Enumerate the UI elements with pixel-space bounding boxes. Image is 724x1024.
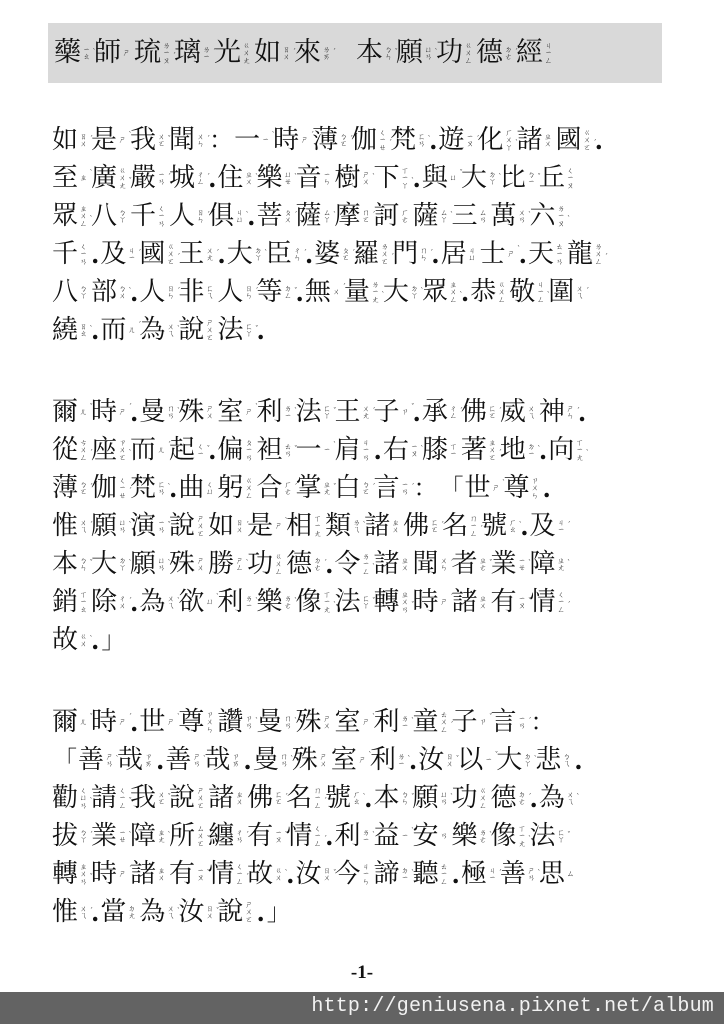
bopomofo-symbol: ㄚ xyxy=(411,292,419,300)
hanzi: 遊 xyxy=(439,125,465,155)
hanzi: 摩 xyxy=(334,201,360,231)
bopomofo-symbol: ㄥ xyxy=(119,802,127,810)
hanzi: 是 xyxy=(91,125,117,155)
annotated-character: 人ㄖㄣˊ xyxy=(217,277,256,307)
bopomofo-symbol: ㄥ xyxy=(450,412,458,420)
hanzi: 大 xyxy=(383,277,409,307)
zhuyin-annotation: ㄅㄟ xyxy=(562,753,571,768)
annotated-character: 比ㄅㄧˇ xyxy=(500,163,539,193)
hanzi: 住 xyxy=(217,163,243,193)
watermark-bar: http://geniusena.pixnet.net/album xyxy=(0,992,724,1024)
zhuyin-annotation: ㄇㄛˊ xyxy=(361,209,370,224)
bopomofo-symbol: ㄕ xyxy=(245,408,253,416)
tone-mark: ˊ xyxy=(255,288,259,296)
hanzi: 故 xyxy=(52,625,78,655)
bopomofo-symbol: ㄧ xyxy=(362,836,370,844)
bopomofo-symbol: ㄝ xyxy=(284,178,292,186)
hanzi: 下 xyxy=(373,163,399,193)
page-number: -1- xyxy=(0,962,724,984)
zhuyin-annotation: ㄇㄧㄥˊ xyxy=(469,515,478,538)
tone-mark: ˋ xyxy=(381,292,385,300)
annotated-character: 一ㄧˋ xyxy=(295,435,334,465)
zhuyin-annotation: ㄍㄨㄥ xyxy=(479,787,488,810)
tone-mark: ˋ xyxy=(519,522,523,530)
bopomofo-symbol: ㄣ xyxy=(362,878,370,886)
zhuyin-annotation: ㄧㄠˋ xyxy=(82,46,91,61)
zhuyin-annotation: ㄩㄢˋ xyxy=(118,519,127,534)
bopomofo-symbol: ㄧ xyxy=(485,756,493,764)
hanzi: 王 xyxy=(178,239,204,269)
annotated-character: 佛ㄈㄛˊ xyxy=(247,783,286,813)
zhuyin-annotation: ㄩㄝˋ xyxy=(283,171,292,186)
zhuyin-annotation: ㄈㄚˇ xyxy=(361,595,370,610)
zhuyin-annotation: ㄌㄧㄤˋ xyxy=(371,281,380,304)
hanzi: 殊 xyxy=(292,745,318,775)
annotated-character: 哉ㄗㄞ. xyxy=(204,745,252,775)
zhuyin-annotation: ㄒㄧㄠ xyxy=(79,591,88,614)
zhuyin-annotation: ㄩㄢˋ xyxy=(157,557,166,572)
bopomofo-symbol: ㄚ xyxy=(440,216,448,224)
bopomofo-symbol: ㄕ xyxy=(275,522,283,530)
bopomofo-symbol: ㄓ xyxy=(80,174,88,182)
tone-mark: ˊ xyxy=(294,484,298,492)
bopomofo-symbol: ㄣ xyxy=(294,254,302,262)
zhuyin-annotation: ㄉㄜˊ xyxy=(504,46,513,61)
hanzi: 大 xyxy=(91,549,117,579)
tone-mark: ˋ xyxy=(333,212,337,220)
hanzi: 音 xyxy=(295,163,321,193)
hanzi: 所 xyxy=(169,821,195,851)
annotated-character: 摩ㄇㄛˊ xyxy=(334,201,373,231)
zhuyin-annotation: ㄓㄨㄥˋ xyxy=(449,281,458,304)
hanzi: 繞 xyxy=(52,315,78,345)
hanzi: 善 xyxy=(165,745,191,775)
hanzi: 樂 xyxy=(256,163,282,193)
annotated-character: 子ㄗˇ. xyxy=(373,397,421,427)
bopomofo-symbol: ㄚ xyxy=(80,292,88,300)
tone-mark: ˇ xyxy=(216,908,220,916)
annotated-character: 尊ㄗㄨㄣ xyxy=(178,707,217,737)
annotated-character: 善ㄕㄢˋ xyxy=(500,859,539,889)
bopomofo-symbol: ㄥ xyxy=(450,296,458,304)
annotated-character: 臣ㄔㄣˊ. xyxy=(266,239,314,269)
annotated-character: 居ㄐㄩ xyxy=(441,239,480,269)
zhuyin-annotation: ㄉㄤ xyxy=(127,905,136,920)
annotated-character: 袒ㄊㄢˇ xyxy=(256,435,295,465)
annotated-character: 丘ㄑㄧㄡ xyxy=(539,163,578,193)
zhuyin-annotation: ㄐㄧㄥ xyxy=(544,42,553,65)
hanzi: 伽 xyxy=(91,473,117,503)
zhuyin-annotation: ㄕˊ xyxy=(118,408,127,416)
annotated-character: 量ㄌㄧㄤˋ xyxy=(344,277,383,307)
tone-mark: ˋ xyxy=(459,292,463,300)
hanzi: 至 xyxy=(52,163,78,193)
annotated-character: 大ㄉㄚˋ xyxy=(227,239,266,269)
tone-mark: ˊ xyxy=(129,488,133,496)
tone-mark: ˊ xyxy=(173,53,177,61)
bopomofo-symbol: ㄛ xyxy=(197,840,205,848)
zhuyin-annotation: ㄕˊ xyxy=(300,136,309,144)
zhuyin-annotation: ㄓㄨㄥˋ xyxy=(79,205,88,228)
annotated-character: 像ㄒㄧㄤˋ xyxy=(295,587,334,617)
annotated-character: 諸ㄓㄨ xyxy=(373,549,412,579)
annotated-character: 藥ㄧㄠˋ xyxy=(54,38,94,68)
zhuyin-annotation: ㄐㄧˊ xyxy=(557,519,566,534)
tone-mark: ˇ xyxy=(294,446,298,454)
bopomofo-symbol: ㄨ xyxy=(236,798,244,806)
zhuyin-annotation: ㄧㄝˋ xyxy=(518,557,527,572)
zhuyin-annotation: ㄕㄨㄛ xyxy=(205,319,214,342)
tone-mark: ˋ xyxy=(586,450,590,458)
text-line: 至ㄓˋ廣ㄍㄨㄤˇ嚴ㄧㄢˊ城ㄔㄥˊ.住ㄓㄨˋ樂ㄩㄝˋ音ㄧㄣ樹ㄕㄨˋ下ㄒㄧㄚˋ.與ㄩ… xyxy=(52,159,692,197)
annotated-character: 嚴ㄧㄢˊ xyxy=(130,163,169,193)
bopomofo-symbol: ㄣ xyxy=(440,564,448,572)
annotated-character: 梵ㄈㄢˋ. xyxy=(130,473,178,503)
tone-mark: ˇ xyxy=(90,404,94,412)
bopomofo-symbol: ㄥ xyxy=(537,296,545,304)
tone-mark: ˊ xyxy=(459,408,463,416)
zhuyin-annotation: ㄈㄚˇ xyxy=(557,829,566,844)
bopomofo-symbol: ㄨ xyxy=(284,216,292,224)
annotated-character: 勝ㄕㄥˋ xyxy=(208,549,247,579)
annotated-character: 繞ㄖㄠˋ. xyxy=(52,315,100,345)
tone-mark: ˇ xyxy=(411,794,415,802)
hanzi: 樂 xyxy=(256,587,282,617)
zhuyin-annotation: ㄍㄨㄥ xyxy=(497,281,506,304)
text-line: 薄ㄅㄛˊ伽ㄑㄧㄝˊ梵ㄈㄢˋ.曲ㄑㄩ躬ㄍㄨㄥ合ㄏㄜˊ掌ㄓㄤˇ白ㄅㄛˊ言ㄧㄢˊ：「世… xyxy=(52,469,692,507)
tone-mark: ˇ xyxy=(129,798,133,806)
annotated-character: 悲ㄅㄟ. xyxy=(535,745,583,775)
bopomofo-symbol: ㄢ xyxy=(418,140,426,148)
zhuyin-annotation: ㄌㄜˋ xyxy=(283,595,292,610)
annotated-character: 德ㄉㄜˊ. xyxy=(491,783,539,813)
bopomofo-symbol: ㄨ xyxy=(158,874,166,882)
hanzi: 像 xyxy=(491,821,517,851)
zhuyin-annotation: ㄨㄣˊ xyxy=(440,557,449,572)
hanzi: 請 xyxy=(91,783,117,813)
tone-mark: ˋ xyxy=(294,408,298,416)
tone-mark: ˇ xyxy=(168,794,172,802)
bopomofo-symbol: ㄢ xyxy=(284,450,292,458)
zhuyin-annotation: ㄕ xyxy=(122,49,131,57)
zhuyin-annotation: ㄧㄢˇ xyxy=(157,519,166,534)
tone-mark: ˊ xyxy=(293,49,297,57)
bopomofo-symbol: ㄧ xyxy=(203,53,211,61)
hanzi: 薄 xyxy=(312,125,338,155)
zhuyin-annotation: ㄈㄟ xyxy=(205,285,214,300)
text-line: 眾ㄓㄨㄥˋ八ㄅㄚ千ㄑㄧㄢ人ㄖㄣˊ俱ㄐㄩˋ.菩ㄆㄨˊ薩ㄙㄚˋ摩ㄇㄛˊ訶ㄏㄜ薩ㄙㄚˋ… xyxy=(52,197,692,235)
zhuyin-annotation: ㄧㄣ xyxy=(322,171,331,186)
tone-mark: ˋ xyxy=(515,140,519,148)
hanzi: 及 xyxy=(530,511,556,541)
tone-mark: ˊ xyxy=(498,870,502,878)
hanzi: 六 xyxy=(530,201,556,231)
zhuyin-annotation: ㄨㄟˊ xyxy=(79,519,88,534)
hanzi: 言 xyxy=(491,707,517,737)
hanzi: 薩 xyxy=(413,201,439,231)
bopomofo-symbol: ㄧ xyxy=(557,526,565,534)
hanzi: 神 xyxy=(539,397,565,427)
annotated-character: 爾ㄦˇ xyxy=(52,707,91,737)
zhuyin-annotation: ㄔㄢˊ xyxy=(235,829,244,844)
bopomofo-symbol: ㄢ xyxy=(158,220,166,228)
zhuyin-annotation: ㄗㄢˋ xyxy=(244,715,253,730)
bopomofo-symbol: ㄛ xyxy=(167,258,175,266)
bopomofo-symbol: ㄥ xyxy=(440,726,448,734)
bopomofo-symbol: ㄨ xyxy=(275,874,283,882)
tone-mark: ˊ xyxy=(352,250,356,258)
tone-mark: ˋ xyxy=(528,560,532,568)
hanzi: 化 xyxy=(478,125,504,155)
zhuyin-annotation: ㄌㄧㄡˊ xyxy=(162,42,171,65)
hanzi: 汝 xyxy=(178,897,204,927)
punctuation-mark: ： xyxy=(414,473,438,503)
bopomofo-symbol: ㄥ xyxy=(479,802,487,810)
bopomofo-symbol: ㄡ xyxy=(275,836,283,844)
zhuyin-annotation: ㄑㄩㄢˋ xyxy=(79,787,88,810)
bopomofo-symbol: ㄛ xyxy=(489,412,497,420)
bopomofo-symbol: ㄢ xyxy=(245,454,253,462)
tone-mark: ˊ xyxy=(168,442,172,450)
annotated-character: 有ㄧㄡˇ xyxy=(169,859,208,889)
tone-mark: ˋ xyxy=(498,174,502,182)
zhuyin-annotation: ㄕˋ xyxy=(274,522,283,530)
zhuyin-annotation: ㄌㄧˋ xyxy=(244,595,253,610)
hanzi: 名 xyxy=(442,511,468,541)
tone-mark: ˋ xyxy=(285,870,289,878)
zhuyin-annotation: ㄏㄜˊ xyxy=(283,481,292,496)
annotated-character: 座ㄗㄨㄛˋ xyxy=(91,435,130,465)
tone-mark: ˋ xyxy=(333,602,337,610)
annotated-character: 利ㄌㄧˋ. xyxy=(370,745,418,775)
period-dot: . xyxy=(256,898,264,927)
annotated-character: 說ㄕㄨㄛ. xyxy=(217,897,265,927)
tone-mark: ˋ xyxy=(576,794,580,802)
tone-mark: ˊ xyxy=(515,49,519,57)
zhuyin-annotation: ㄓㄨ xyxy=(157,867,166,882)
zhuyin-annotation: ㄅㄛˊ xyxy=(79,481,88,496)
hanzi: 梵 xyxy=(390,125,416,155)
zhuyin-annotation: ㄌㄨㄛˊ xyxy=(380,243,389,266)
bopomofo-symbol: ㄨ xyxy=(544,140,552,148)
annotated-character: 世ㄕˋ xyxy=(465,473,504,503)
annotated-character: 千ㄑㄧㄢ xyxy=(130,201,169,231)
bopomofo-symbol: ㄦ xyxy=(80,718,88,726)
hanzi: 德 xyxy=(476,38,503,68)
zhuyin-annotation: ㄔㄥˊ xyxy=(449,405,458,420)
bopomofo-symbol: ㄥ xyxy=(314,840,322,848)
bopomofo-symbol: ㄠ xyxy=(83,53,91,61)
bopomofo-symbol: ㄠ xyxy=(80,330,88,338)
bopomofo-symbol: ㄢ xyxy=(80,878,88,886)
zhuyin-annotation: ㄕˋ xyxy=(361,718,370,726)
hanzi: 是 xyxy=(247,511,273,541)
bopomofo-symbol: ㄥ xyxy=(245,492,253,500)
zhuyin-annotation: ㄕㄥˋ xyxy=(235,557,244,572)
zhuyin-annotation: ㄓㄨ xyxy=(544,133,553,148)
zhuyin-annotation: ㄕㄨ xyxy=(196,557,205,572)
hanzi: 曼 xyxy=(139,397,165,427)
annotated-character: 願ㄩㄢˋ xyxy=(396,38,436,68)
bopomofo-symbol: ㄣ xyxy=(385,53,393,61)
bopomofo-symbol: ㄧ xyxy=(401,722,409,730)
annotated-character: 薩ㄙㄚˋ xyxy=(413,201,452,231)
tone-mark: ˋ xyxy=(333,442,337,450)
hanzi: 功 xyxy=(452,783,478,813)
bopomofo-symbol: ㄥ xyxy=(545,57,553,65)
annotated-character: 說ㄕㄨㄛ xyxy=(178,315,217,345)
zhuyin-annotation: ㄅㄧˇ xyxy=(527,171,536,186)
bopomofo-symbol: ㄕ xyxy=(119,718,127,726)
zhuyin-annotation: ㄧㄡˇ xyxy=(196,867,205,882)
bopomofo-symbol: ㄢ xyxy=(362,454,370,462)
zhuyin-annotation: ㄍㄨㄛˊ xyxy=(166,243,175,266)
zhuyin-annotation: ㄦˇ xyxy=(79,718,88,726)
hanzi: 故 xyxy=(247,859,273,889)
punctuation-mark: ： xyxy=(209,125,233,155)
annotated-character: 言ㄧㄢˊ xyxy=(373,473,412,503)
annotated-character: 說ㄕㄨㄛ xyxy=(169,511,208,541)
hanzi: 室 xyxy=(217,397,243,427)
zhuyin-annotation: ㄓㄨㄢˇ xyxy=(79,863,88,886)
tone-mark: ˋ xyxy=(246,560,250,568)
period-dot: . xyxy=(130,708,138,737)
bopomofo-symbol: ㄚ xyxy=(401,182,409,190)
hanzi: 惟 xyxy=(52,511,78,541)
zhuyin-annotation: ㄕˋ xyxy=(492,484,501,492)
bopomofo-symbol: ㄢ xyxy=(401,606,409,614)
tone-mark: ˊ xyxy=(605,254,609,262)
punctuation: ： xyxy=(530,707,556,737)
hanzi: 悲 xyxy=(535,745,561,775)
bopomofo-symbol: ㄛ xyxy=(362,488,370,496)
bopomofo-symbol: ㄧ xyxy=(262,136,270,144)
bopomofo-symbol: ㄤ xyxy=(158,836,166,844)
tone-mark: ˊ xyxy=(593,140,597,148)
annotated-character: 故ㄍㄨˋ. xyxy=(52,625,100,655)
tone-mark: ˊ xyxy=(168,174,172,182)
annotated-character: 有ㄧㄡˇ xyxy=(247,821,286,851)
hanzi: 利 xyxy=(370,745,396,775)
tone-mark: ˊ xyxy=(350,136,354,144)
bopomofo-symbol: ㄨ xyxy=(283,53,291,61)
tone-mark: ˊ xyxy=(90,908,94,916)
annotated-character: 童ㄊㄨㄥˊ xyxy=(413,707,452,737)
zhuyin-annotation: ㄨㄛˇ xyxy=(157,791,166,806)
tone-mark: ˇ xyxy=(207,836,211,844)
zhuyin-annotation: ㄈㄢˋ xyxy=(157,481,166,496)
hanzi: 人 xyxy=(217,277,243,307)
tone-mark: ˋ xyxy=(116,756,120,764)
zhuyin-annotation: ㄧㄡˇ xyxy=(518,595,527,610)
text-line: 八ㄅㄚ部ㄅㄨˋ.人ㄖㄣˊ非ㄈㄟ人ㄖㄣˊ等ㄉㄥˇ.無ㄨˊ量ㄌㄧㄤˋ大ㄉㄚˋ眾ㄓㄨㄥ… xyxy=(52,273,692,311)
bopomofo-symbol: ㄤ xyxy=(323,488,331,496)
tone-mark: ˊ xyxy=(129,598,133,606)
hanzi: 哉 xyxy=(117,745,143,775)
annotated-character: 欲ㄩˋ xyxy=(178,587,217,617)
bopomofo-symbol: ㄚ xyxy=(80,836,88,844)
punctuation-mark: 」 xyxy=(267,897,291,927)
zhuyin-annotation: ㄅㄣˇ xyxy=(79,557,88,572)
tone-mark: ˇ xyxy=(285,832,289,840)
bopomofo-symbol: ㄤ xyxy=(206,254,214,262)
annotated-character: 王ㄨㄤˊ. xyxy=(178,239,226,269)
annotated-character: 三ㄙㄢ xyxy=(452,201,491,231)
hanzi: 諸 xyxy=(517,125,543,155)
annotated-character: 無ㄨˊ xyxy=(305,277,344,307)
bopomofo-symbol: ㄥ xyxy=(498,296,506,304)
bopomofo-symbol: ㄥ xyxy=(557,606,565,614)
hanzi: 圍 xyxy=(548,277,574,307)
hanzi: 有 xyxy=(169,859,195,889)
hanzi: 纏 xyxy=(208,821,234,851)
bopomofo-symbol: ㄢ xyxy=(158,488,166,496)
bopomofo-symbol: ㄨ xyxy=(479,602,487,610)
tone-mark: ˊ xyxy=(216,250,220,258)
tone-mark: ˇ xyxy=(168,522,172,530)
zhuyin-annotation: ㄑㄧㄝˊ xyxy=(378,129,387,152)
zhuyin-annotation: ㄧˋ xyxy=(322,446,331,454)
hanzi: 利 xyxy=(373,707,399,737)
bopomofo-symbol: ㄛ xyxy=(119,454,127,462)
hanzi: 願 xyxy=(130,549,156,579)
annotated-character: 當ㄉㄤ xyxy=(100,897,139,927)
tone-mark: ˋ xyxy=(168,560,172,568)
zhuyin-annotation: ㄑㄧㄥˊ xyxy=(557,591,566,614)
hanzi: 大 xyxy=(461,163,487,193)
bopomofo-symbol: ㄛ xyxy=(362,216,370,224)
zhuyin-annotation: ㄍㄨㄛˊ xyxy=(583,129,592,152)
period-dot: . xyxy=(452,860,460,889)
hanzi: 偏 xyxy=(217,435,243,465)
hanzi: 人 xyxy=(169,201,195,231)
tone-mark: ˊ xyxy=(246,832,250,840)
bopomofo-symbol: ㄣ xyxy=(197,140,205,148)
annotated-character: 天ㄊㄧㄢ xyxy=(528,239,567,269)
tone-mark: ˋ xyxy=(255,718,259,726)
zhuyin-annotation: ㄆㄨˊ xyxy=(283,209,292,224)
hanzi: 右 xyxy=(383,435,409,465)
tone-mark: ˊ xyxy=(207,212,211,220)
zhuyin-annotation: ㄙ xyxy=(566,870,575,878)
annotated-character: 號ㄏㄠˋ. xyxy=(481,511,529,541)
zhuyin-annotation: ㄧㄝˋ xyxy=(118,829,127,844)
zhuyin-annotation: ㄖㄨˇ xyxy=(322,867,331,882)
hanzi: 座 xyxy=(91,435,117,465)
hanzi: 與 xyxy=(422,163,448,193)
bopomofo-symbol: ㄕ xyxy=(492,484,500,492)
bopomofo-symbol: ㄕ xyxy=(167,718,175,726)
bopomofo-symbol: ㄣ xyxy=(245,292,253,300)
annotated-character: 所ㄙㄨㄛˇ xyxy=(169,821,208,851)
tone-mark: ˋ xyxy=(255,174,259,182)
hanzi: 像 xyxy=(295,587,321,617)
bopomofo-symbol: ㄧ xyxy=(401,874,409,882)
hanzi: 眾 xyxy=(52,201,78,231)
text-line: 惟ㄨㄟˊ願ㄩㄢˋ演ㄧㄢˇ說ㄕㄨㄛ如ㄖㄨˊ是ㄕˋ相ㄒㄧㄤ類ㄌㄟˋ諸ㄓㄨ佛ㄈㄛˊ名ㄇ… xyxy=(52,507,692,545)
hanzi: 師 xyxy=(94,38,121,68)
zhuyin-annotation: ㄐㄧˊ xyxy=(488,867,497,882)
hanzi: 當 xyxy=(100,897,126,927)
bopomofo-symbol: ㄥ xyxy=(362,568,370,576)
tone-mark: ˊ xyxy=(411,484,415,492)
tone-mark: ˊ xyxy=(177,254,181,262)
tone-mark: ˊ xyxy=(90,450,94,458)
tone-mark: ˋ xyxy=(216,594,220,602)
zhuyin-annotation: ㄕㄨ xyxy=(322,715,331,730)
bopomofo-symbol: ㄩ xyxy=(206,488,214,496)
zhuyin-annotation: ㄅㄨˋ xyxy=(118,285,127,300)
